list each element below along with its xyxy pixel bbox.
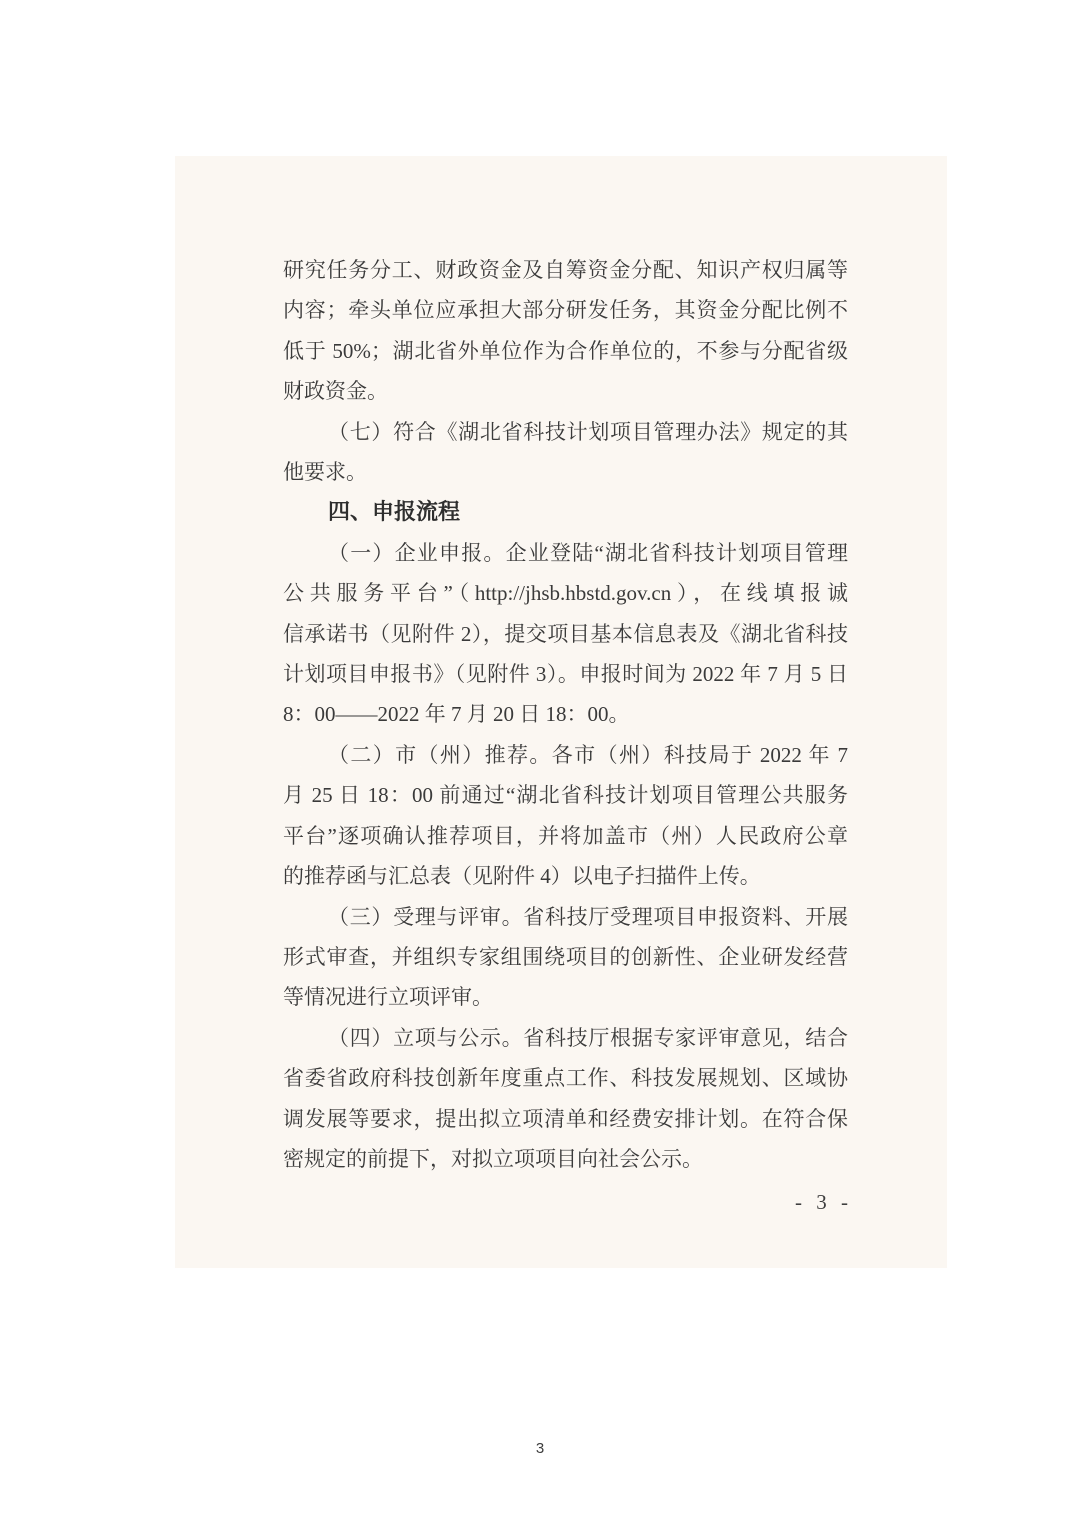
- section-heading-line: 四、申报流程: [283, 492, 848, 532]
- text-line: 8：00——2022 年 7 月 20 日 18：00。: [283, 694, 848, 734]
- document-page: 研究任务分工、财政资金及自筹资金分配、知识产权归属等内容；牵头单位应承担大部分研…: [0, 0, 1080, 1527]
- body-text: 研究任务分工、财政资金及自筹资金分配、知识产权归属等内容；牵头单位应承担大部分研…: [283, 250, 848, 1179]
- text-line: 等情况进行立项评审。: [283, 977, 848, 1017]
- text-line: 内容；牵头单位应承担大部分研发任务，其资金分配比例不: [283, 290, 848, 330]
- text-line: 公共服务平台”（http://jhsb.hbstd.gov.cn），在线填报诚: [283, 573, 848, 613]
- text-line: 省委省政府科技创新年度重点工作、科技发展规划、区域协: [283, 1058, 848, 1098]
- text-line: 平台”逐项确认推荐项目，并将加盖市（州）人民政府公章: [283, 816, 848, 856]
- page-number-margin: - 3 -: [283, 1190, 848, 1215]
- text-line: 低于 50%；湖北省外单位作为合作单位的，不参与分配省级: [283, 331, 848, 371]
- text-line: 他要求。: [283, 452, 848, 492]
- text-line: （七）符合《湖北省科技计划项目管理办法》规定的其: [283, 412, 848, 452]
- text-line: （四）立项与公示。省科技厅根据专家评审意见，结合: [283, 1018, 848, 1058]
- text-line: （三）受理与评审。省科技厅受理项目申报资料、开展: [283, 897, 848, 937]
- text-line: 调发展等要求，提出拟立项清单和经费安排计划。在符合保: [283, 1099, 848, 1139]
- text-line: 研究任务分工、财政资金及自筹资金分配、知识产权归属等: [283, 250, 848, 290]
- text-line: 月 25 日 18：00 前通过“湖北省科技计划项目管理公共服务: [283, 775, 848, 815]
- text-line: 信承诺书（见附件 2），提交项目基本信息表及《湖北省科技: [283, 614, 848, 654]
- text-line: 的推荐函与汇总表（见附件 4）以电子扫描件上传。: [283, 856, 848, 896]
- page-number-footer: 3: [0, 1440, 1080, 1457]
- text-line: 形式审查，并组织专家组围绕项目的创新性、企业研发经营: [283, 937, 848, 977]
- text-line: 计划项目申报书》（见附件 3）。申报时间为 2022 年 7 月 5 日: [283, 654, 848, 694]
- text-line: 财政资金。: [283, 371, 848, 411]
- text-line: 密规定的前提下，对拟立项项目向社会公示。: [283, 1139, 848, 1179]
- text-line: （二）市（州）推荐。各市（州）科技局于 2022 年 7: [283, 735, 848, 775]
- text-line: （一）企业申报。企业登陆“湖北省科技计划项目管理: [283, 533, 848, 573]
